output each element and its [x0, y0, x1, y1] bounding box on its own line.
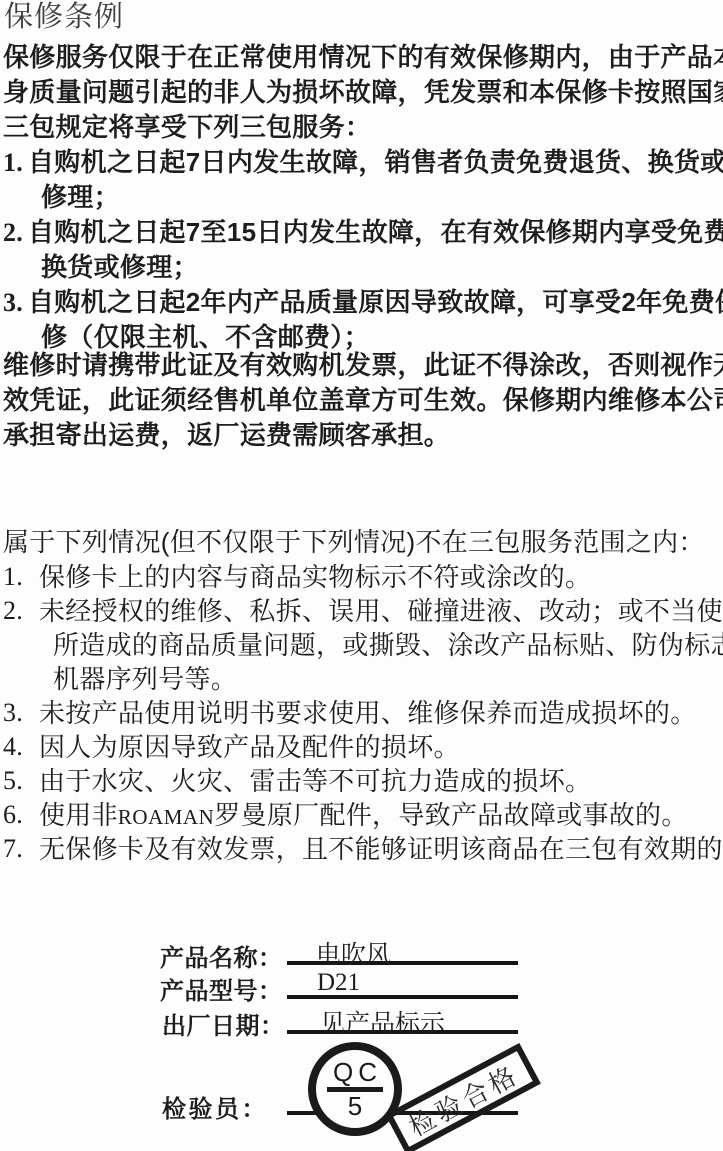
- list-item-number: 6.: [3, 798, 39, 832]
- exclusions-list: 1. 保修卡上的内容与商品实物标示不符或涂改的。 2. 未经授权的维修、私拆、误…: [3, 560, 721, 866]
- list-item-text-pre: 使用非: [39, 800, 118, 830]
- list-item-number: 3.: [3, 285, 28, 320]
- text-line: 保修服务仅限于在正常使用情况下的有效保修期内，由于产品本: [3, 40, 721, 75]
- list-item-number: 7.: [3, 832, 39, 866]
- list-item-continuation: 修理；: [3, 180, 721, 215]
- intro-paragraph: 保修服务仅限于在正常使用情况下的有效保修期内，由于产品本 身质量问题引起的非人为…: [3, 40, 721, 145]
- list-item-text: 自购机之日起7至15日内发生故障，在有效保修期内享受免费: [28, 215, 723, 250]
- product-model-value: D21: [317, 969, 360, 997]
- list-item-text: 使用非ROAMAN罗曼原厂配件，导致产品故障或事故的。: [39, 798, 688, 832]
- list-item: 1. 保修卡上的内容与商品实物标示不符或涂改的。: [3, 560, 721, 594]
- list-item: 1. 自购机之日起7日内发生故障，销售者负责免费退货、换货或: [3, 145, 721, 180]
- list-item: 6. 使用非ROAMAN罗曼原厂配件，导致产品故障或事故的。: [3, 798, 721, 832]
- list-item-number: 1.: [3, 560, 39, 594]
- list-item-text: 自购机之日起2年内产品质量原因导致故障，可享受2年免费保: [28, 285, 723, 320]
- list-item-continuation: 机器序列号等。: [3, 662, 721, 696]
- list-item-text-post: 罗曼原厂配件，导致产品故障或事故的。: [214, 800, 687, 830]
- list-item: 7. 无保修卡及有效发票，且不能够证明该商品在三包有效期的。: [3, 832, 721, 866]
- inspector-label: 检验员：: [162, 1089, 268, 1124]
- list-item-number: 3.: [3, 696, 39, 730]
- text-line: 身质量问题引起的非人为损坏故障，凭发票和本保修卡按照国家: [3, 75, 721, 110]
- list-item-continuation: 换货或修理；: [3, 250, 721, 285]
- exclusions-heading-block: 属于下列情况(但不仅限于下列情况)不在三包服务范围之内：: [3, 524, 721, 560]
- list-item: 2. 自购机之日起7至15日内发生故障，在有效保修期内享受免费: [3, 215, 721, 250]
- list-item-number: 4.: [3, 730, 39, 764]
- list-item-text: 未按产品使用说明书要求使用、维修保养而造成损坏的。: [39, 696, 697, 730]
- list-item-text: 保修卡上的内容与商品实物标示不符或涂改的。: [39, 560, 591, 594]
- text-line: 承担寄出运费，返厂运费需顾客承担。: [3, 418, 721, 453]
- product-name-value: 电吹风: [316, 935, 391, 971]
- text-line: 维修时请携带此证及有效购机发票，此证不得涂改，否则视作无: [3, 348, 721, 383]
- list-item: 2. 未经授权的维修、私拆、误用、碰撞进液、改动；或不当使用: [3, 594, 721, 628]
- list-item-number: 2.: [3, 215, 28, 250]
- manufacture-date-value: 见产品标示: [320, 1004, 445, 1040]
- inspection-passed-stamp: 检验合格: [385, 1043, 541, 1151]
- brand-name: ROAMAN: [118, 805, 214, 829]
- repair-note-paragraph: 维修时请携带此证及有效购机发票，此证不得涂改，否则视作无 效凭证，此证须经售机单…: [3, 348, 721, 453]
- list-item-text: 因人为原因导致产品及配件的损坏。: [39, 730, 460, 764]
- product-name-label: 产品名称：: [160, 938, 283, 973]
- list-item-continuation: 所造成的商品质量问题，或撕毁、涂改产品标贴、防伪标志、: [3, 628, 721, 662]
- list-item-number: 1.: [3, 145, 28, 180]
- page-title: 保修条例: [4, 0, 124, 37]
- list-item-text: 未经授权的维修、私拆、误用、碰撞进液、改动；或不当使用: [39, 594, 723, 628]
- text-line: 效凭证，此证须经售机单位盖章方可生效。保修期内维修本公司: [3, 383, 721, 418]
- qc-stamp-number: 5: [348, 1093, 362, 1119]
- warranty-service-list: 1. 自购机之日起7日内发生故障，销售者负责免费退货、换货或 修理； 2. 自购…: [3, 145, 721, 355]
- qc-stamp-icon: QC 5: [308, 1042, 402, 1136]
- exclusions-heading: 属于下列情况(但不仅限于下列情况)不在三包服务范围之内：: [3, 524, 721, 560]
- list-item: 5. 由于水灾、火灾、雷击等不可抗力造成的损坏。: [3, 764, 721, 798]
- list-item-text: 由于水灾、火灾、雷击等不可抗力造成的损坏。: [39, 764, 591, 798]
- list-item: 3. 自购机之日起2年内产品质量原因导致故障，可享受2年免费保: [3, 285, 721, 320]
- manufacture-date-label: 出厂日期：: [162, 1006, 285, 1041]
- list-item: 3. 未按产品使用说明书要求使用、维修保养而造成损坏的。: [3, 696, 721, 730]
- list-item-text: 无保修卡及有效发票，且不能够证明该商品在三包有效期的。: [39, 832, 723, 866]
- list-item: 4. 因人为原因导致产品及配件的损坏。: [3, 730, 721, 764]
- text-line: 三包规定将享受下列三包服务：: [3, 110, 721, 145]
- warranty-document-page: 保修条例 保修服务仅限于在正常使用情况下的有效保修期内，由于产品本 身质量问题引…: [0, 0, 723, 1151]
- list-item-number: 5.: [3, 764, 39, 798]
- list-item-number: 2.: [3, 594, 39, 628]
- list-item-text: 自购机之日起7日内发生故障，销售者负责免费退货、换货或: [28, 145, 723, 180]
- qc-stamp-text: QC: [328, 1059, 382, 1085]
- product-model-label: 产品型号：: [160, 971, 283, 1006]
